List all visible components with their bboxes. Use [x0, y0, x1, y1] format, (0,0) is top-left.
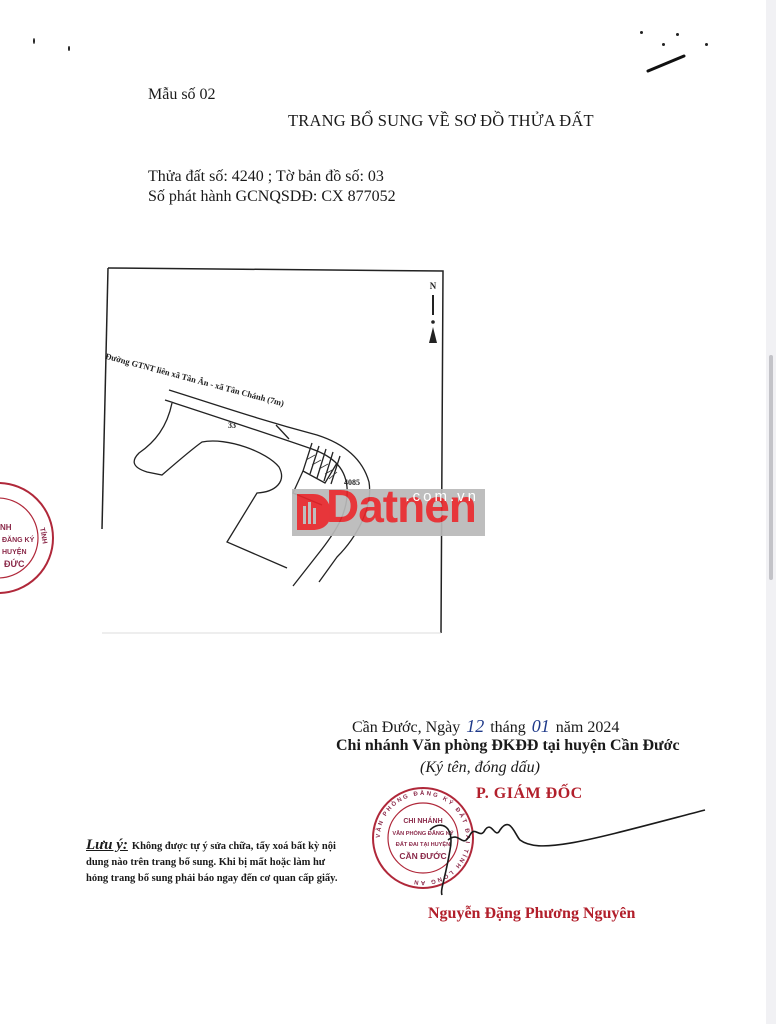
place-date-line: Cần Đước, Ngày12tháng01năm 2024: [352, 716, 619, 737]
vertical-scrollbar[interactable]: [766, 0, 776, 1024]
pen-mark: [640, 50, 690, 75]
place-date-prefix: Cần Đước, Ngày: [352, 719, 460, 736]
scan-speck: [33, 38, 35, 44]
scan-speck: [662, 43, 665, 46]
north-arrow-icon: N: [429, 281, 437, 343]
scan-speck: [68, 46, 70, 51]
datnen-watermark: Datnen .com.vn: [292, 489, 485, 536]
signer-name: Nguyễn Đặng Phương Nguyên: [428, 905, 635, 923]
form-number: Mẫu số 02: [148, 86, 216, 104]
handwritten-day: 12: [460, 716, 490, 736]
usage-note: Lưu ý:Không được tự ý sửa chữa, tẩy xoá …: [86, 837, 348, 887]
svg-text:N: N: [430, 281, 437, 291]
watermark-domain: .com.vn: [405, 488, 479, 505]
scan-speck: [640, 31, 643, 34]
svg-text:33: 33: [228, 421, 236, 430]
handwritten-signature: [400, 780, 710, 900]
note-label: Lưu ý:: [86, 837, 128, 853]
issuing-office: Chi nhánh Văn phòng ĐKĐĐ tại huyện Cần Đ…: [336, 737, 680, 755]
page-title: TRANG BỔ SUNG VỀ SƠ ĐỒ THỬA ĐẤT: [288, 111, 594, 131]
parcel-map: N Đường GTNT liên xã Tân Â: [107, 267, 444, 633]
year-text: năm 2024: [556, 719, 620, 736]
scrollbar-thumb[interactable]: [769, 355, 773, 580]
svg-text:HUYỆN: HUYỆN: [2, 547, 27, 556]
svg-text:ĐỨC: ĐỨC: [4, 558, 25, 569]
sign-instruction: (Ký tên, đóng dấu): [420, 759, 540, 777]
scan-speck: [676, 33, 679, 36]
parcel-map-drawing: N Đường GTNT liên xã Tân Â: [107, 267, 444, 633]
certificate-number: Số phát hành GCNQSDĐ: CX 877052: [148, 188, 396, 206]
handwritten-month: 01: [526, 716, 556, 736]
month-label: tháng: [490, 719, 526, 736]
parcel-info: Thửa đất số: 4240 ; Tờ bản đồ số: 03: [148, 168, 384, 186]
svg-text:ĐĂNG KÝ: ĐĂNG KÝ: [2, 535, 35, 544]
svg-text:NH: NH: [0, 523, 12, 532]
partial-stamp: NH ĐĂNG KÝ HUYỆN ĐỨC TỈNH: [0, 478, 56, 598]
scan-speck: [705, 43, 708, 46]
svg-text:TỈNH: TỈNH: [38, 527, 50, 545]
svg-text:Đường GTNT liên xã Tân Ân - xã: Đường GTNT liên xã Tân Ân - xã Tân Chánh…: [104, 351, 285, 408]
